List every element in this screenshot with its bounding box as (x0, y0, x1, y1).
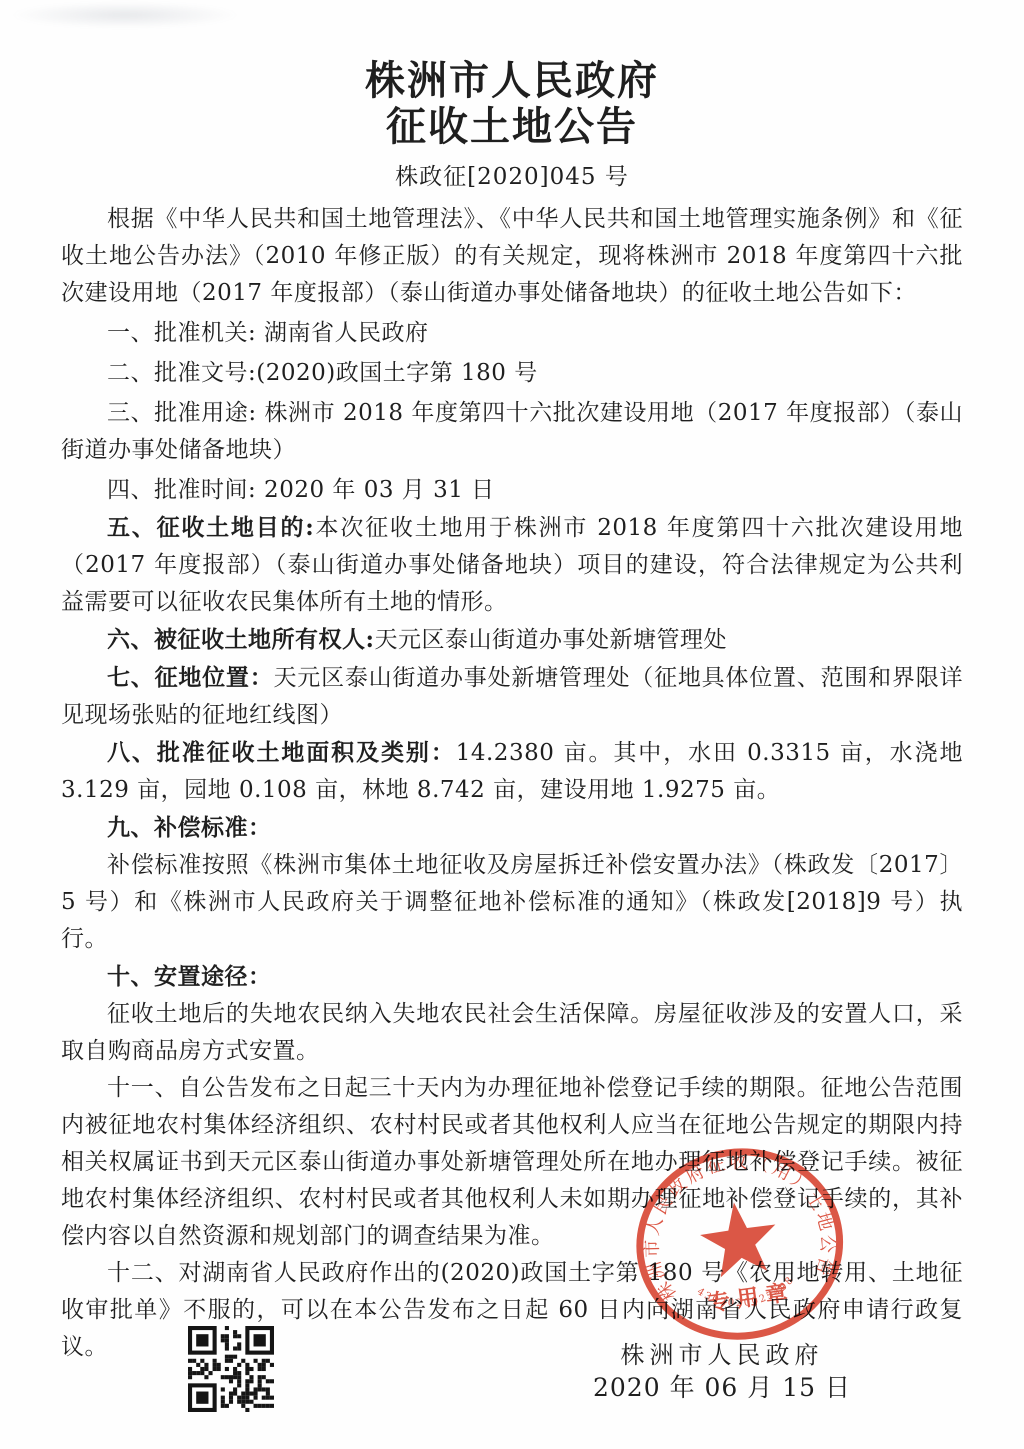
signature-date: 2020 年 06 月 15 日 (572, 1372, 872, 1404)
item-value: (2020)政国土字第 180 号 (256, 360, 538, 386)
document-header: 株洲市人民政府 征收土地公告 株政征[2020]045 号 (0, 0, 1024, 191)
signature-block: 株洲市人民政府 2020 年 06 月 15 日 (572, 1340, 872, 1404)
item-label: 一、批准机关: (107, 320, 256, 346)
item-landowner: 六、被征收土地所有权人:天元区泰山街道办事处新塘管理处 (61, 621, 963, 659)
item-label: 三、批准用途: (107, 400, 257, 426)
qr-code-icon (188, 1326, 274, 1412)
item-label: 五、征收土地目的: (107, 514, 314, 541)
item-value: 湖南省人民政府 (256, 320, 428, 346)
signature-org: 株洲市人民政府 (572, 1340, 872, 1370)
announcement-page: 株洲市人民政府 征收土地公告 株政征[2020]045 号 根据《中华人民共和国… (0, 0, 1024, 1449)
paragraph-text: 十一、自公告发布之日起三十天内为办理征地补偿登记手续的期限。征地公告范围内被征地… (61, 1075, 963, 1249)
item-resettlement-heading: 十、安置途径： (61, 958, 963, 996)
compensation-paragraph: 补偿标准按照《株洲市集体土地征收及房屋拆迁补偿安置办法》（株政发〔2017〕5 … (61, 847, 963, 958)
item-label: 七、征地位置： (107, 664, 274, 691)
intro-paragraph: 根据《中华人民共和国土地管理法》、《中华人民共和国土地管理实施条例》和《征收土地… (61, 201, 963, 312)
item-label: 十、安置途径： (107, 963, 272, 990)
item-label: 二、批准文号: (107, 360, 256, 386)
intro-text: 根据《中华人民共和国土地管理法》、《中华人民共和国土地管理实施条例》和《征收土地… (61, 206, 963, 306)
paragraph-text: 征收土地后的失地农民纳入失地农民社会生活保障。房屋征收涉及的安置人口，采取自购商… (61, 1001, 963, 1064)
item-approval-date: 四、批准时间: 2020 年 03 月 31 日 (61, 472, 963, 509)
item-location: 七、征地位置：天元区泰山街道办事处新塘管理处（征地具体位置、范围和界限详见现场张… (61, 659, 963, 734)
item-value: 天元区泰山街道办事处新塘管理处 (375, 627, 728, 653)
item-label: 九、补偿标准： (107, 814, 272, 841)
document-number: 株政征[2020]045 号 (0, 158, 1024, 191)
item-approval-number: 二、批准文号:(2020)政国土字第 180 号 (61, 355, 963, 392)
document-body: 根据《中华人民共和国土地管理法》、《中华人民共和国土地管理实施条例》和《征收土地… (61, 201, 963, 1366)
item-area: 八、批准征收土地面积及类别：14.2380 亩。其中，水田 0.3315 亩，水… (61, 734, 963, 809)
item-approving-authority: 一、批准机关: 湖南省人民政府 (61, 315, 963, 352)
item-purpose: 五、征收土地目的:本次征收土地用于株洲市 2018 年度第四十六批次建设用地（2… (61, 509, 963, 621)
item-compensation-heading: 九、补偿标准： (61, 809, 963, 847)
item-value: 2020 年 03 月 31 日 (256, 477, 494, 503)
resettlement-paragraph: 征收土地后的失地农民纳入失地农民社会生活保障。房屋征收涉及的安置人口，采取自购商… (61, 996, 963, 1070)
item-approved-use: 三、批准用途: 株洲市 2018 年度第四十六批次建设用地（2017 年度报部）… (61, 395, 963, 469)
item-label: 八、批准征收土地面积及类别： (107, 739, 456, 766)
item-label: 四、批准时间: (107, 477, 256, 503)
issuing-org-title: 株洲市人民政府 (0, 58, 1024, 104)
paragraph-text: 补偿标准按照《株洲市集体土地征收及房屋拆迁补偿安置办法》（株政发〔2017〕5 … (61, 852, 963, 952)
registration-paragraph: 十一、自公告发布之日起三十天内为办理征地补偿登记手续的期限。征地公告范围内被征地… (61, 1070, 963, 1255)
item-label: 六、被征收土地所有权人: (107, 626, 375, 653)
page-title: 征收土地公告 (0, 104, 1024, 150)
